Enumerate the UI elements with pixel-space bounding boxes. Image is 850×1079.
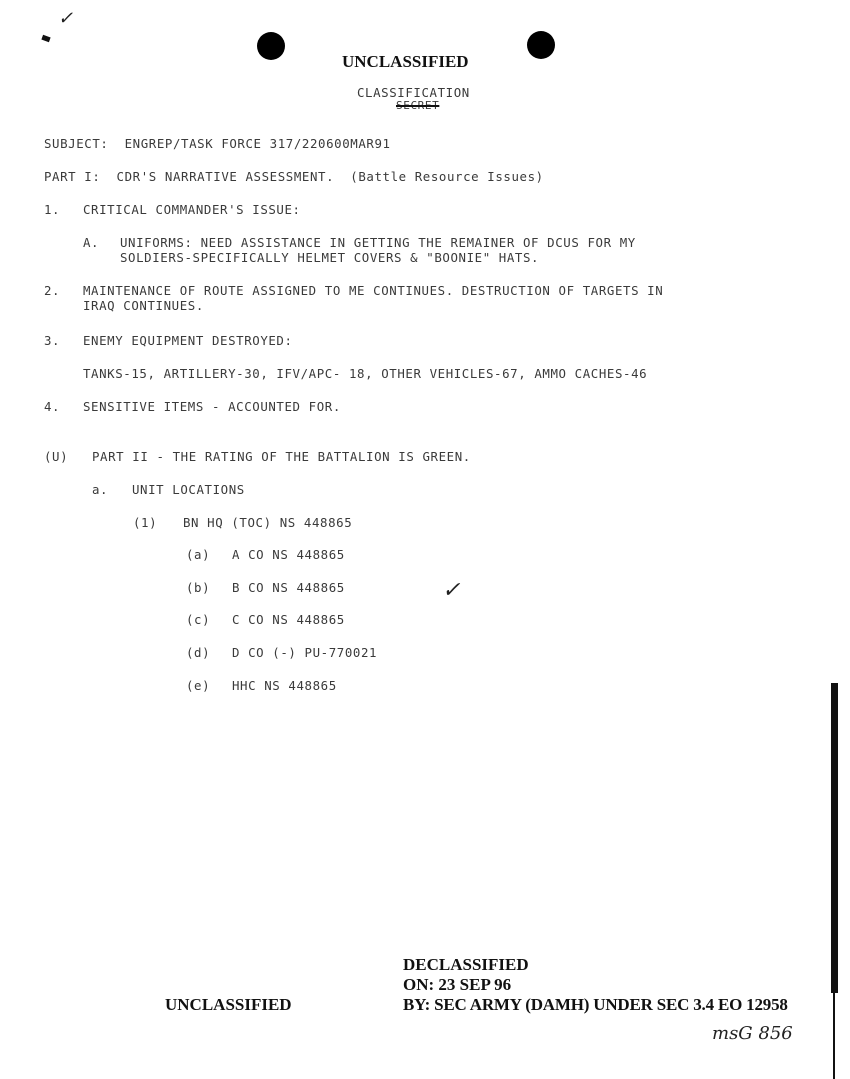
hq-label: (1) bbox=[133, 515, 157, 530]
scan-edge-bar bbox=[831, 683, 838, 993]
scan-speck bbox=[41, 35, 50, 42]
part1-title: PART I: CDR'S NARRATIVE ASSESSMENT. (Bat… bbox=[44, 169, 544, 184]
item-3-text: ENEMY EQUIPMENT DESTROYED: bbox=[83, 333, 293, 348]
top-classification: UNCLASSIFIED bbox=[342, 52, 469, 72]
handwritten-reference: msG 856 bbox=[712, 1023, 793, 1044]
unit-e-label: (e) bbox=[186, 678, 210, 693]
item-4-num: 4. bbox=[44, 399, 60, 414]
part2-marking: (U) bbox=[44, 449, 68, 464]
bottom-classification: UNCLASSIFIED bbox=[165, 995, 292, 1015]
subject-line: SUBJECT: ENGREP/TASK FORCE 317/220600MAR… bbox=[44, 136, 391, 151]
item-1-text: CRITICAL COMMANDER'S ISSUE: bbox=[83, 202, 301, 217]
item-3-num: 3. bbox=[44, 333, 60, 348]
unit-a-label: (a) bbox=[186, 547, 210, 562]
declassified-title: DECLASSIFIED bbox=[403, 955, 529, 975]
declassified-authority: BY: SEC ARMY (DAMH) UNDER SEC 3.4 EO 129… bbox=[403, 995, 788, 1015]
unit-e-location: HHC NS 448865 bbox=[232, 678, 337, 693]
scan-mark: ✓ bbox=[58, 8, 73, 29]
classification-label: CLASSIFICATION bbox=[357, 85, 470, 100]
item-2-line1: MAINTENANCE OF ROUTE ASSIGNED TO ME CONT… bbox=[83, 283, 663, 298]
unit-d-location: D CO (-) PU-770021 bbox=[232, 645, 377, 660]
declassified-date: ON: 23 SEP 96 bbox=[403, 975, 511, 995]
section-a-text: UNIT LOCATIONS bbox=[132, 482, 245, 497]
item-2-num: 2. bbox=[44, 283, 60, 298]
section-a-label: a. bbox=[92, 482, 108, 497]
unit-a-location: A CO NS 448865 bbox=[232, 547, 345, 562]
item-2-line2: IRAQ CONTINUES. bbox=[83, 298, 204, 313]
item-4-text: SENSITIVE ITEMS - ACCOUNTED FOR. bbox=[83, 399, 341, 414]
unit-c-location: C CO NS 448865 bbox=[232, 612, 345, 627]
unit-b-label: (b) bbox=[186, 580, 210, 595]
unit-c-label: (c) bbox=[186, 612, 210, 627]
item-1-num: 1. bbox=[44, 202, 60, 217]
hq-location: BN HQ (TOC) NS 448865 bbox=[183, 515, 352, 530]
punch-hole-right bbox=[527, 31, 555, 59]
scan-edge-line bbox=[833, 990, 835, 1079]
struck-classification: SECRET bbox=[396, 99, 439, 112]
equipment-destroyed-list: TANKS-15, ARTILLERY-30, IFV/APC- 18, OTH… bbox=[83, 366, 647, 381]
item-a-line2: SOLDIERS-SPECIFICALLY HELMET COVERS & "B… bbox=[120, 250, 539, 265]
unit-b-location: B CO NS 448865 bbox=[232, 580, 345, 595]
part2-title: PART II - THE RATING OF THE BATTALION IS… bbox=[92, 449, 471, 464]
item-a-line1: UNIFORMS: NEED ASSISTANCE IN GETTING THE… bbox=[120, 235, 636, 250]
check-mark-icon: ✓ bbox=[442, 578, 460, 603]
punch-hole-left bbox=[257, 32, 285, 60]
unit-d-label: (d) bbox=[186, 645, 210, 660]
item-a-num: A. bbox=[83, 235, 99, 250]
